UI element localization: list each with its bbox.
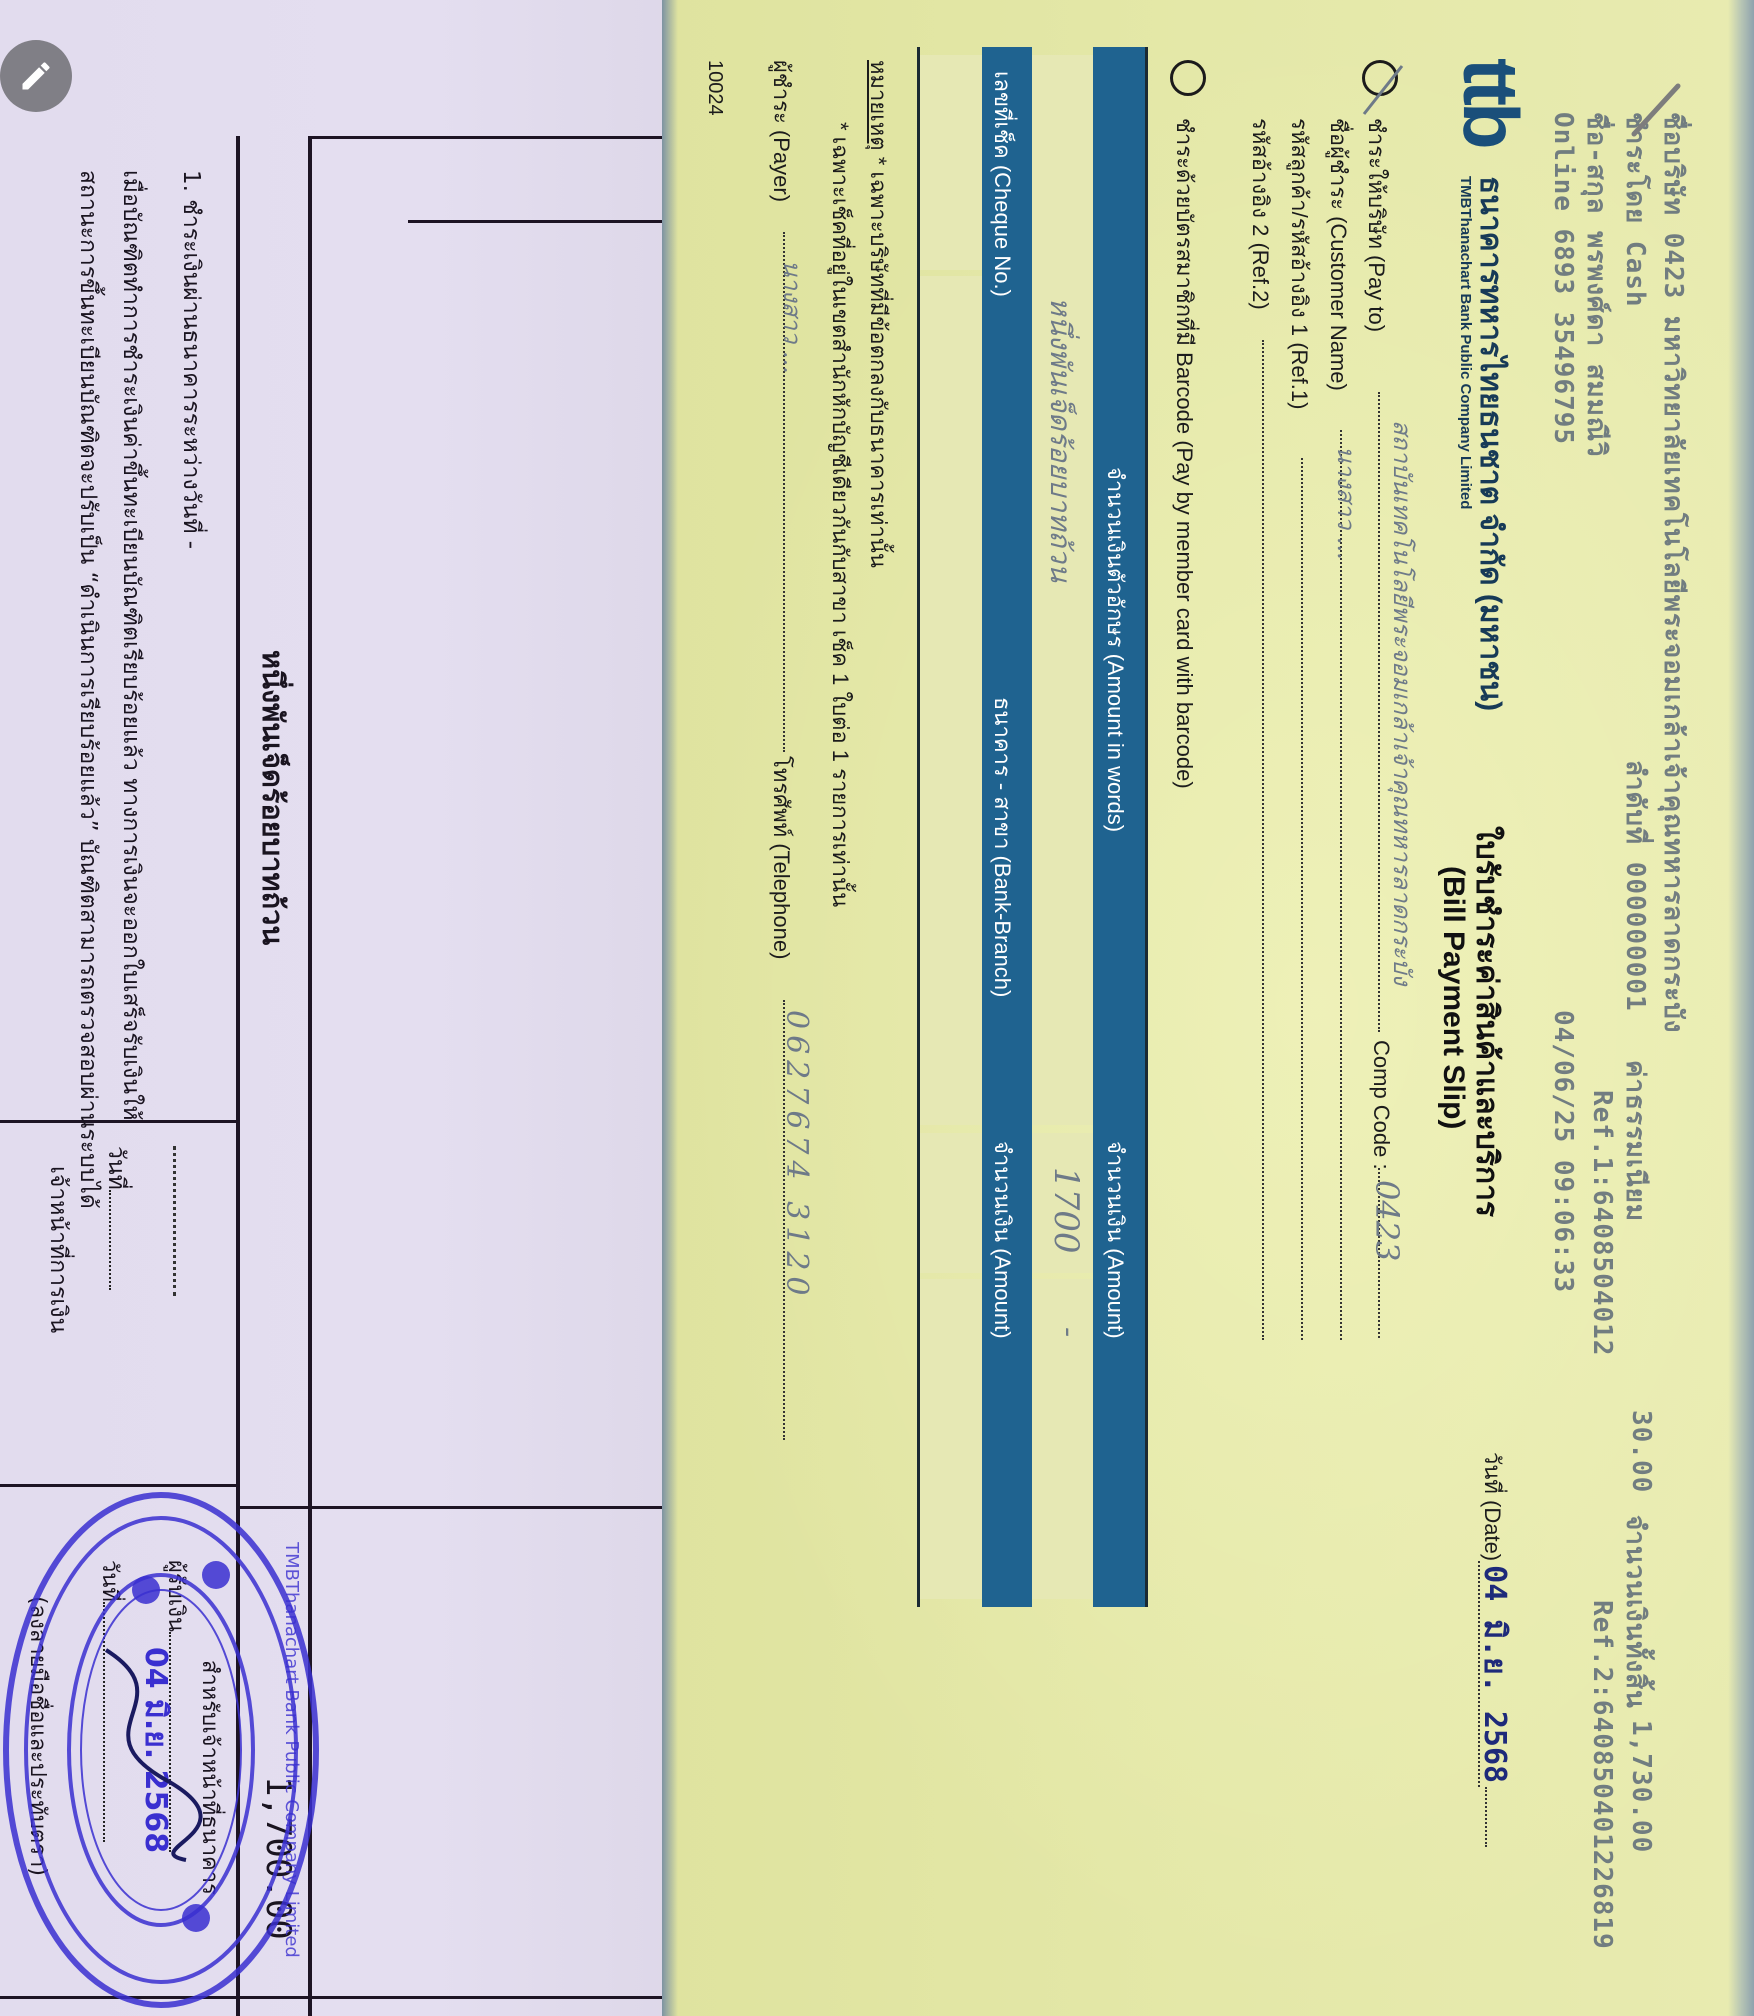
slip-edge-shadow — [1728, 0, 1754, 2016]
amount-value: 1700 — [1046, 1167, 1086, 1254]
pay-by-member-radio[interactable] — [1170, 60, 1206, 96]
receipt-note-2: เมื่อบัณฑิตทำการชำระเงินค่าขึ้นทะเบียนบั… — [113, 170, 149, 1121]
thermal-line-3-ref2: Ref.2:640850401226819 — [1587, 1600, 1617, 1950]
form-code: 10024 — [703, 60, 726, 116]
amount-words-cell[interactable] — [1032, 55, 1093, 1125]
thermal-line-2-fee-label: ค่าธรรมเนียม — [1615, 1060, 1656, 1222]
thermal-line-2-left: ชำระโดย Cash — [1615, 112, 1656, 308]
receipt-note-1: 1. ชำระเงินผ่านธนาคารระหว่างวันที่ - — [173, 170, 209, 549]
receipt-col-line — [310, 136, 670, 139]
thermal-line-2-total: 1,730.00 — [1626, 1720, 1656, 1853]
amount2-cell[interactable] — [920, 1133, 982, 1273]
customer-name-field[interactable] — [1340, 430, 1342, 1340]
slip-edge-shadow — [662, 0, 678, 2016]
payer-value: นางสาว ... — [773, 260, 812, 374]
thermal-line-4-datetime: 04/06/25 09:06:33 — [1548, 1010, 1578, 1293]
date-field[interactable]: วันที่ (Date)04 มิ.ย. 2568 — [1471, 1452, 1518, 1847]
thermal-line-2-seq: ลำดับที่ 000000001 — [1615, 760, 1656, 1012]
comp-code-value: 0423 — [1368, 1180, 1406, 1261]
telephone-value: 0627674 3120 — [779, 1010, 814, 1302]
amount-words-value: หนึ่งพันเจ็ดร้อยบาทถ้วน — [1038, 297, 1082, 582]
ref1-label: รหัสลูกค้า/รหัสอ้างอิง 1 (Ref.1) — [1282, 118, 1317, 409]
satang2-cell[interactable] — [920, 1279, 982, 1599]
ref2-field[interactable] — [1262, 340, 1264, 1340]
pencil-icon — [18, 58, 54, 94]
svg-text:TMBThanachart Bank Public Comp: TMBThanachart Bank Public Company Limite… — [281, 1541, 302, 1958]
payment-table: จำนวนเงินตัวอักษร (Amount in words) จำนว… — [916, 47, 1148, 1607]
customer-name-value: นางสาว ... — [1327, 446, 1366, 560]
pay-to-label: ชำระให้บริษัท (Pay to) — [1359, 118, 1394, 332]
telephone-label: โทรศัพท์ (Telephone) — [764, 756, 799, 959]
staple-icon — [1624, 80, 1684, 140]
customer-name-label: ชื่อผู้ชำระ (Customer Name) — [1321, 118, 1356, 391]
bank-stamp-icon: TMBThanachart Bank Public Company Limite… — [0, 1480, 336, 2016]
bill-payment-slip: ชื่อบริษัท 0423 มหาวิทยาลัยเทคโนโลยีพระจ… — [662, 0, 1754, 2016]
receipt-document: หนึ่งพันเจ็ดร้อยบาทถ้วน 1,700.00 1. ชำระ… — [0, 0, 706, 2016]
receipt-amount-words: หนึ่งพันเจ็ดร้อยบาทถ้วน — [250, 650, 296, 945]
slip-title-th: ใบรับชำระค่าสินค้าและบริการ — [1463, 826, 1510, 1217]
bank-branch-cell[interactable] — [920, 276, 982, 1125]
pay-by-member-label: ชำระด้วยบัตรสมาชิกที่มี Barcode (Pay by … — [1167, 118, 1202, 789]
receipt-col-line — [408, 220, 670, 223]
thermal-line-4-left: Online 6893 35496795 — [1548, 112, 1578, 445]
bank-branch-header: ธนาคาร - สาขา (Bank-Branch) — [985, 697, 1020, 997]
cheque-no-header: เลขที่เช็ค (Cheque No.) — [985, 71, 1020, 297]
thermal-line-3-ref1: Ref.1:6408504012 — [1587, 1090, 1617, 1356]
receipt-signature-dots — [173, 1146, 194, 1296]
bank-name-th: ธนาคารทหารไทยธนชาต จำกัด (มหาชน) — [1467, 176, 1514, 711]
date-stamp-value: 04 มิ.ย. 2568 — [1477, 1565, 1512, 1783]
thermal-line-2-total-label: จำนวนเงินทั้งสิ้น — [1615, 1515, 1656, 1709]
pay-to-field[interactable] — [1378, 392, 1380, 1032]
edit-button[interactable] — [0, 40, 72, 112]
bank-logo: ttb — [1452, 58, 1530, 146]
satang-value: - — [1051, 1327, 1086, 1337]
ref2-label: รหัสอ้างอิง 2 (Ref.2) — [1243, 118, 1278, 310]
payer-label: ผู้ชำระ (Payer) — [764, 60, 799, 202]
thermal-line-3-left: ชื่อ-สกุล พรพงศ์ดา สมมณีวิ — [1576, 112, 1617, 458]
slip-title-en: (Bill Payment Slip) — [1436, 866, 1470, 1129]
table-border-bottom — [917, 47, 920, 1607]
slip-page: ชื่อบริษัท 0423 มหาวิทยาลัยเทคโนโลยีพระจ… — [662, 0, 1754, 2016]
remarks-line-1: หมายเหตุ * เฉพาะบริษัทที่มีข้อตกลงกับธนา… — [861, 60, 896, 568]
amount2-header: จำนวนเงิน (Amount) — [985, 1141, 1020, 1339]
amount-header: จำนวนเงิน (Amount) — [1098, 1141, 1133, 1339]
receipt-page: หนึ่งพันเจ็ดร้อยบาทถ้วน 1,700.00 1. ชำระ… — [0, 0, 706, 2016]
finance-officer-label: เจ้าหน้าที่การเงิน — [40, 1166, 76, 1333]
amount-words-header: จำนวนเงินตัวอักษร (Amount in words) — [1098, 467, 1133, 832]
svg-text:04 มิ.ย. 2568: 04 มิ.ย. 2568 — [138, 1647, 173, 1853]
comp-code-label: Comp Code : — [1368, 1040, 1394, 1170]
thermal-line-2-fee: 30.00 — [1626, 1410, 1656, 1493]
table-border-top — [1145, 47, 1148, 1607]
cheque-no-cell[interactable] — [920, 55, 982, 270]
check-mark-icon — [1358, 62, 1408, 122]
pay-to-value: สถาบันเทคโนโลยีพระจอมเกล้าเจ้าคุณทหารลาด… — [1383, 420, 1422, 985]
receipt-date-label: วันที่ — [98, 1146, 134, 1290]
receipt-note-3: สถานะการขึ้นทะเบียนบัณฑิตจะปรับเป็น “ดำเ… — [70, 170, 106, 1209]
remarks-line-2: * เฉพาะเช็คที่อยู่ในเขตสำนักหักบัญชีเดีย… — [823, 122, 858, 907]
thermal-line-1: ชื่อบริษัท 0423 มหาวิทยาลัยเทคโนโลยีพระจ… — [1653, 112, 1694, 1033]
bank-name-en: TMBThanachart Bank Public Company Limite… — [1457, 176, 1474, 509]
remarks-label: หมายเหตุ — [866, 60, 891, 151]
ref1-field[interactable] — [1301, 458, 1303, 1340]
